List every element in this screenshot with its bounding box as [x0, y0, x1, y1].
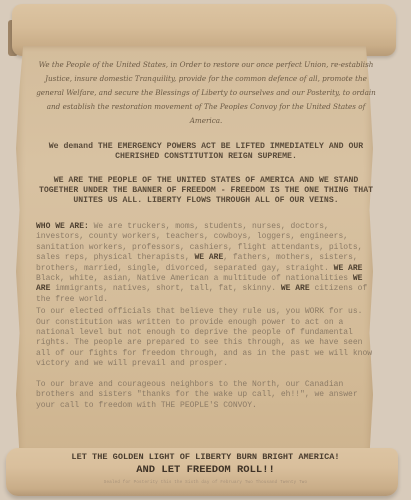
- preamble: We the People of the United States, in O…: [36, 58, 376, 128]
- demand-statement: We demand THE EMERGENCY POWERS ACT BE LI…: [36, 142, 376, 162]
- canada-paragraph: To our brave and courageous neighbors to…: [36, 380, 376, 411]
- closing-line-2: AND LET FREEDOM ROLL!!: [0, 464, 411, 476]
- who-we-are-label: WHO WE ARE:: [36, 222, 89, 231]
- we-are-emphasis: WE ARE: [334, 264, 363, 273]
- who-we-are-text-3: Black, white, asian, Native American a m…: [36, 274, 353, 283]
- document-body: We the People of the United States, in O…: [36, 58, 376, 411]
- footer-seal-line: Sealed for Posterity this the Sixth day …: [0, 481, 411, 485]
- closing-line-1: LET THE GOLDEN LIGHT OF LIBERTY BURN BRI…: [0, 452, 411, 462]
- officials-paragraph: To our elected officials that believe th…: [36, 307, 376, 369]
- we-are-emphasis: WE ARE: [281, 284, 310, 293]
- who-we-are-paragraph: WHO WE ARE: We are truckers, moms, stude…: [36, 222, 376, 305]
- who-we-are-text-4: immigrants, natives, short, tall, fat, s…: [50, 284, 280, 293]
- we-are-emphasis: WE ARE: [194, 253, 223, 262]
- unity-statement: WE ARE THE PEOPLE OF THE UNITED STATES O…: [36, 176, 376, 206]
